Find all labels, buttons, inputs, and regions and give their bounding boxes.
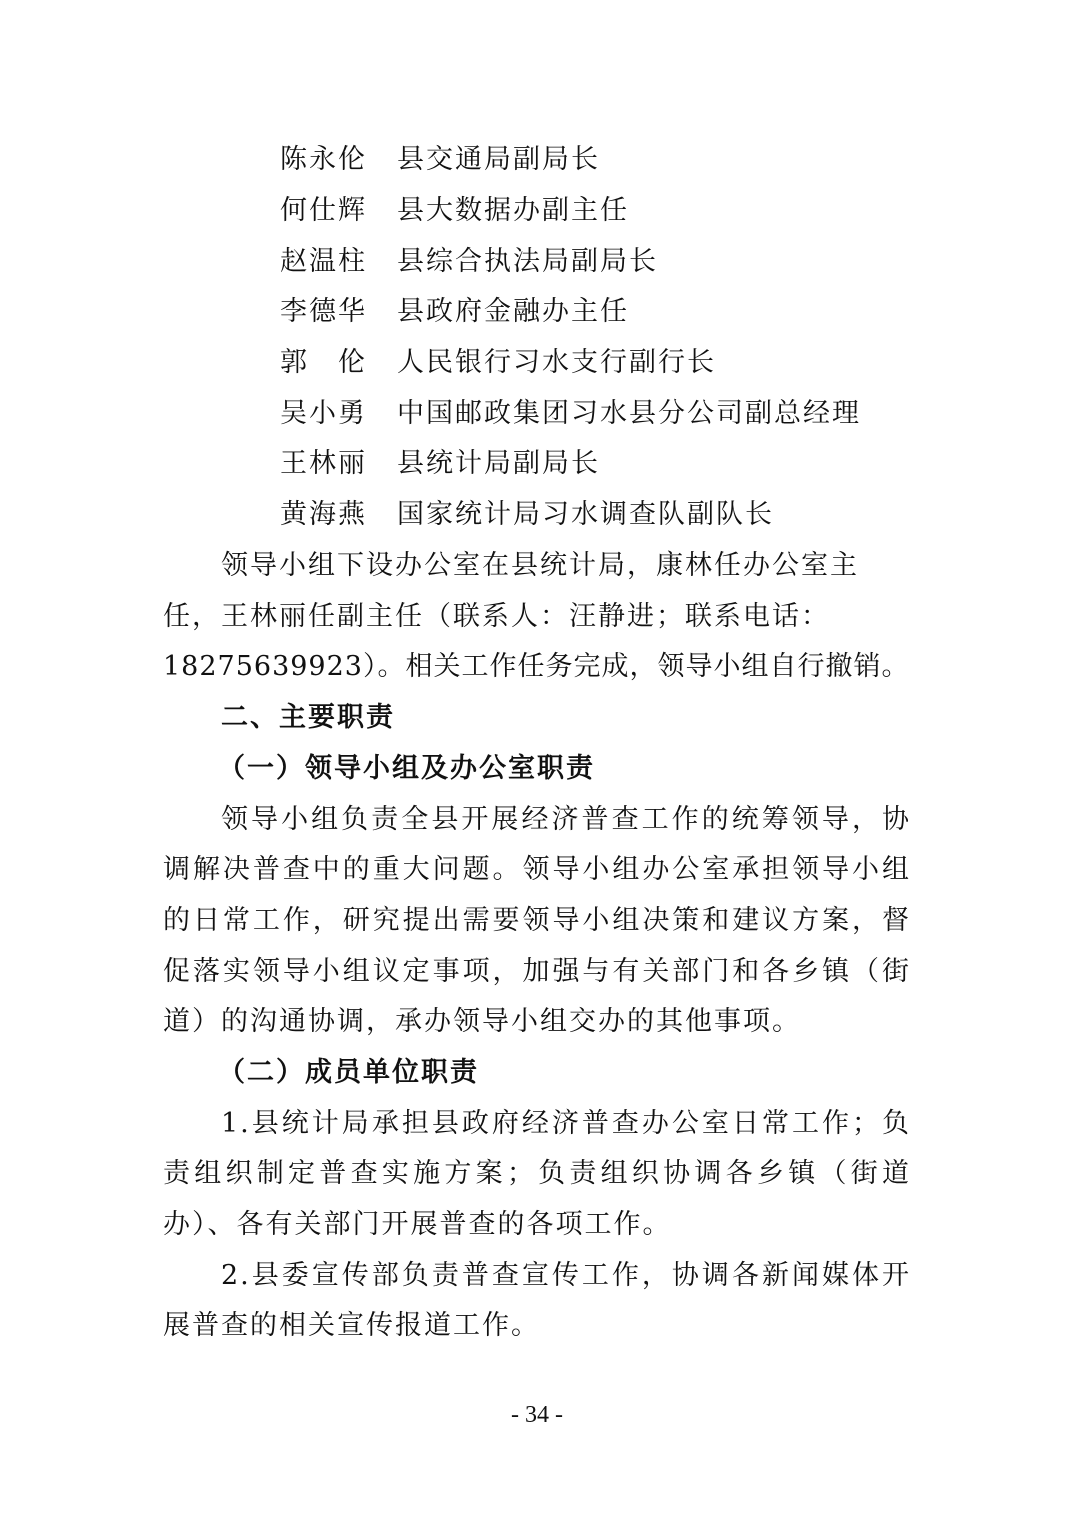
paragraph-line: 1.县统计局承担县政府经济普查办公室日常工作；负 [221, 1107, 911, 1141]
member-name: 赵温柱 [280, 245, 367, 279]
paragraph-line: 2.县委宣传部负责普查宣传工作，协调各新闻媒体开 [221, 1259, 911, 1293]
member-title: 县政府金融办主任 [397, 295, 629, 329]
paragraph-line: 道）的沟通协调，承办领导小组交办的其他事项。 [163, 1005, 801, 1039]
paragraph-line: 调解决普查中的重大问题。领导小组办公室承担领导小组 [163, 853, 911, 887]
paragraph-line: 18275639923）。相关工作任务完成，领导小组自行撤销。 [163, 650, 909, 684]
paragraph-line: 的日常工作，研究提出需要领导小组决策和建议方案，督 [163, 904, 911, 938]
member-title: 人民银行习水支行副行长 [397, 346, 716, 380]
member-name: 郭 伦 [280, 346, 367, 380]
member-title: 县统计局副局长 [397, 447, 600, 481]
member-title: 中国邮政集团习水县分公司副总经理 [397, 397, 861, 431]
paragraph-line: 领导小组负责全县开展经济普查工作的统筹领导，协 [221, 803, 911, 837]
member-title: 国家统计局习水调查队副队长 [397, 498, 774, 532]
paragraph-line: 任，王林丽任副主任（联系人：汪静进；联系电话： [163, 600, 811, 634]
member-title: 县大数据办副主任 [397, 194, 629, 228]
section-heading: 二、主要职责 [221, 701, 395, 735]
member-title: 县综合执法局副局长 [397, 245, 658, 279]
paragraph-line: 领导小组下设办公室在县统计局，康林任办公室主 [221, 549, 855, 583]
member-name: 李德华 [280, 295, 367, 329]
member-name: 吴小勇 [280, 397, 367, 431]
document-page: 陈永伦 县交通局副局长 何仕辉 县大数据办副主任 赵温柱 县综合执法局副局长 李… [0, 0, 1074, 1520]
subsection-heading: （二）成员单位职责 [218, 1056, 479, 1090]
member-name: 王林丽 [280, 447, 367, 481]
paragraph-line: 责组织制定普查实施方案；负责组织协调各乡镇（街道 [163, 1157, 911, 1191]
member-name: 何仕辉 [280, 194, 367, 228]
paragraph-line: 促落实领导小组议定事项，加强与有关部门和各乡镇（街 [163, 955, 911, 989]
member-title: 县交通局副局长 [397, 143, 600, 177]
paragraph-line: 办）、各有关部门开展普查的各项工作。 [163, 1208, 672, 1242]
subsection-heading: （一）领导小组及办公室职责 [218, 752, 595, 786]
member-name: 黄海燕 [280, 498, 367, 532]
member-name: 陈永伦 [280, 143, 367, 177]
paragraph-line: 展普查的相关宣传报道工作。 [163, 1309, 540, 1343]
page-number: - 34 - [0, 1402, 1074, 1429]
